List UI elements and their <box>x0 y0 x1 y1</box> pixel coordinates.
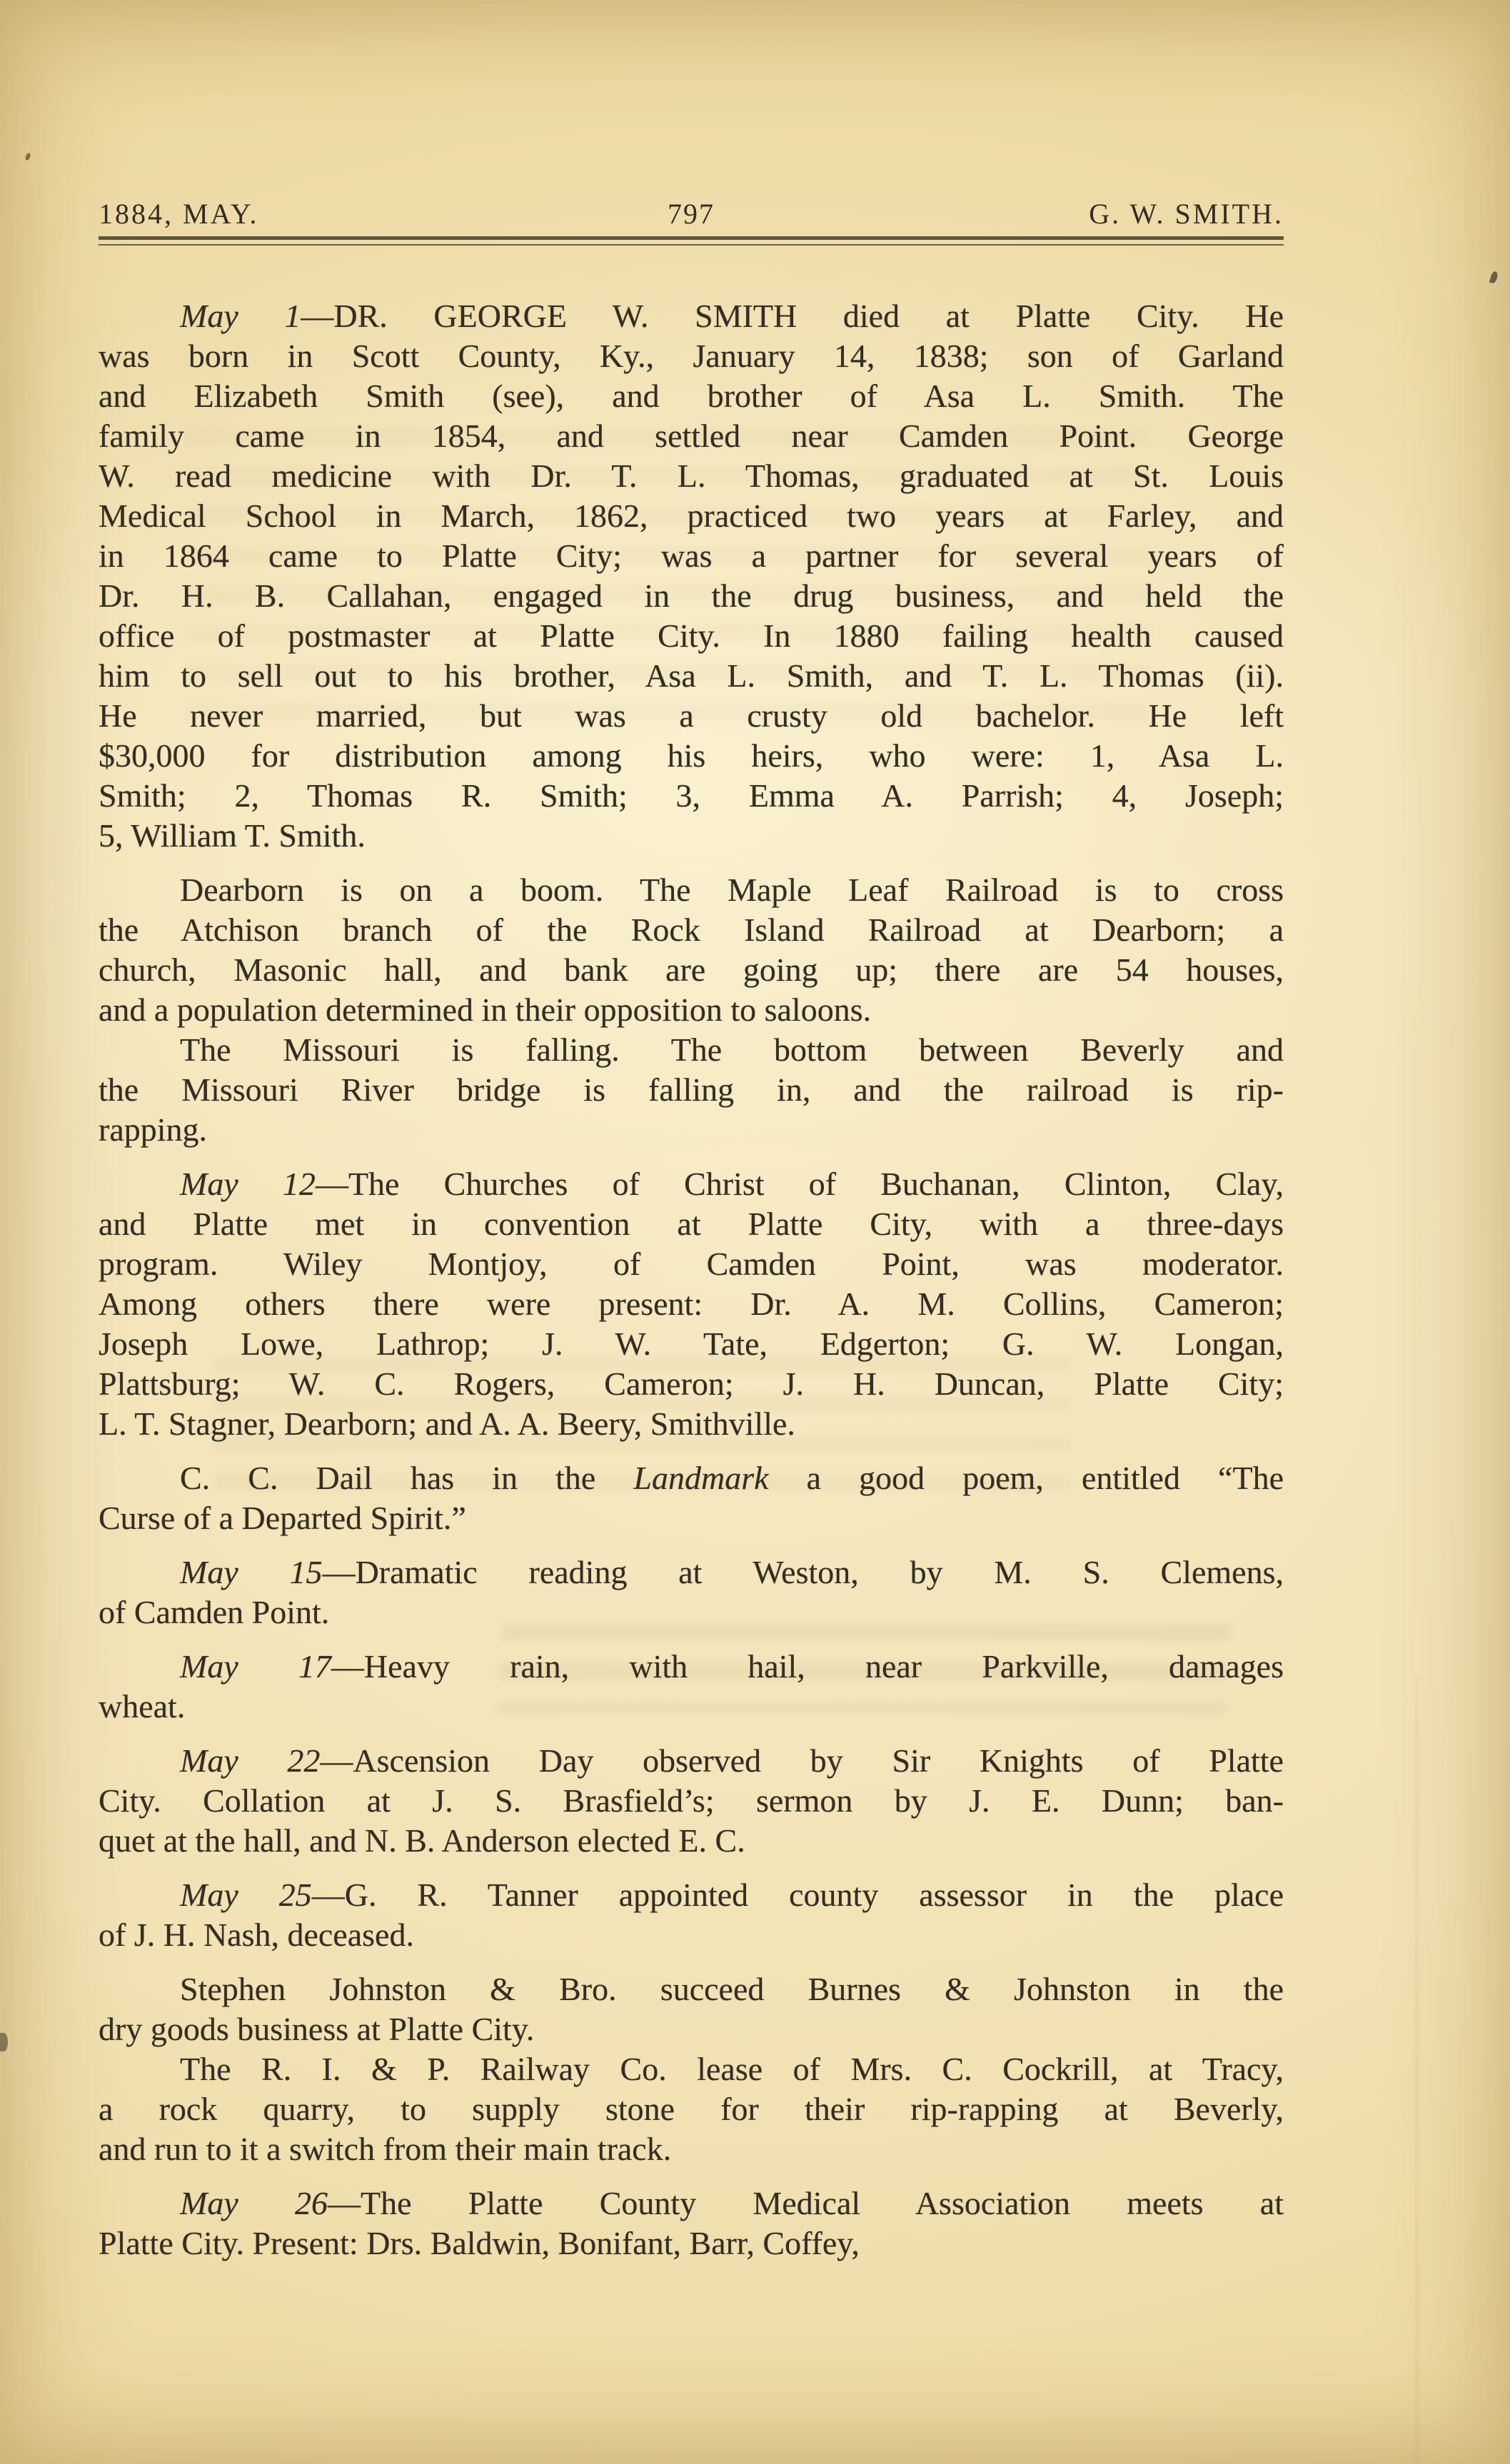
text-segment: dry goods business at Platte City. <box>99 2011 534 2047</box>
paragraph: May 1—DR. GEORGE W. SMITH died at Platte… <box>99 296 1284 856</box>
text-segment: —DR. GEORGE W. SMITH died at Platte City… <box>301 298 1284 334</box>
page-number: 797 <box>668 197 715 231</box>
text-line: May 12—The Churches of Christ of Buchana… <box>99 1164 1284 1204</box>
text-line: Dr. H. B. Callahan, engaged in the drug … <box>99 576 1284 616</box>
text-line: in 1864 came to Platte City; was a partn… <box>99 536 1284 576</box>
running-head-title: G. W. SMITH. <box>715 197 1284 231</box>
text-segment: and Platte met in convention at Platte C… <box>99 1206 1284 1242</box>
text-line: Medical School in March, 1862, practiced… <box>99 496 1284 536</box>
text-line: May 26—The Platte County Medical Associa… <box>99 2183 1284 2223</box>
text-segment: W. read medicine with Dr. T. L. Thomas, … <box>99 458 1284 494</box>
page-speck <box>0 2033 8 2051</box>
text-line: May 17—Heavy rain, with hail, near Parkv… <box>99 1647 1284 1687</box>
text-segment: The Missouri is falling. The bottom betw… <box>180 1031 1284 1068</box>
text-line: W. read medicine with Dr. T. L. Thomas, … <box>99 456 1284 496</box>
text-line: Platte City. Present: Drs. Baldwin, Boni… <box>99 2223 1284 2263</box>
text-line: Dearborn is on a boom. The Maple Leaf Ra… <box>99 870 1284 910</box>
text-segment: him to sell out to his brother, Asa L. S… <box>99 657 1284 694</box>
paragraph: May 22—Ascension Day observed by Sir Kni… <box>99 1741 1284 1861</box>
text-segment: Among others there were present: Dr. A. … <box>99 1286 1284 1322</box>
text-segment: the Missouri River bridge is falling in,… <box>99 1071 1284 1108</box>
text-segment: family came in 1854, and settled near Ca… <box>99 418 1284 454</box>
text-line: and run to it a switch from their main t… <box>99 2129 1284 2169</box>
text-segment: $30,000 for distribution among his heirs… <box>99 737 1284 774</box>
text-segment: in 1864 came to Platte City; was a partn… <box>99 537 1284 574</box>
text-segment: was born in Scott County, Ky., January 1… <box>99 338 1284 374</box>
text-line: City. Collation at J. S. Brasfield’s; se… <box>99 1781 1284 1821</box>
text-line: family came in 1854, and settled near Ca… <box>99 416 1284 456</box>
text-segment: rapping. <box>99 1111 207 1148</box>
text-line: of Camden Point. <box>99 1592 1284 1632</box>
text-segment: L. T. Stagner, Dearborn; and A. A. Beery… <box>99 1405 795 1442</box>
text-segment: program. Wiley Montjoy, of Camden Point,… <box>99 1246 1284 1282</box>
page-header: 1884, MAY. 797 G. W. SMITH. <box>99 197 1284 231</box>
text-line: Joseph Lowe, Lathrop; J. W. Tate, Edgert… <box>99 1324 1284 1364</box>
text-line: the Atchison branch of the Rock Island R… <box>99 910 1284 950</box>
text-line: $30,000 for distribution among his heirs… <box>99 736 1284 776</box>
header-rule <box>99 236 1284 246</box>
paragraph: The R. I. & P. Railway Co. lease of Mrs.… <box>99 2049 1284 2169</box>
text-line: Stephen Johnston & Bro. succeed Burnes &… <box>99 1969 1284 2009</box>
text-line: and Platte met in convention at Platte C… <box>99 1204 1284 1244</box>
page-crease <box>1416 1677 1418 2464</box>
italic-text: May 15 <box>180 1554 323 1590</box>
page-body: May 1—DR. GEORGE W. SMITH died at Platte… <box>99 296 1284 2263</box>
header-rule-thick <box>99 236 1284 240</box>
text-line: L. T. Stagner, Dearborn; and A. A. Beery… <box>99 1404 1284 1444</box>
text-line: C. C. Dail has in the Landmark a good po… <box>99 1458 1284 1498</box>
text-segment: a rock quarry, to supply stone for their… <box>99 2091 1284 2127</box>
italic-text: May 26 <box>180 2185 328 2221</box>
text-segment: The R. I. & P. Railway Co. lease of Mrs.… <box>180 2051 1284 2087</box>
text-segment: Dr. H. B. Callahan, engaged in the drug … <box>99 577 1284 614</box>
text-segment: a good poem, entitled “The <box>769 1460 1284 1496</box>
header-rule-thin <box>99 244 1284 246</box>
paragraph: May 25—G. R. Tanner appointed county ass… <box>99 1875 1284 1955</box>
text-segment: the Atchison branch of the Rock Island R… <box>99 912 1284 948</box>
text-segment: —The Platte County Medical Association m… <box>328 2185 1284 2221</box>
paragraph: May 12—The Churches of Christ of Buchana… <box>99 1164 1284 1444</box>
text-line: a rock quarry, to supply stone for their… <box>99 2089 1284 2129</box>
page-content: 1884, MAY. 797 G. W. SMITH. May 1—DR. GE… <box>99 0 1284 2464</box>
text-segment: Joseph Lowe, Lathrop; J. W. Tate, Edgert… <box>99 1326 1284 1362</box>
paragraph: May 15—Dramatic reading at Weston, by M.… <box>99 1552 1284 1632</box>
text-line: May 22—Ascension Day observed by Sir Kni… <box>99 1741 1284 1781</box>
text-segment: He never married, but was a crusty old b… <box>99 697 1284 734</box>
italic-text: May 22 <box>180 1742 320 1779</box>
text-segment: —G. R. Tanner appointed county assessor … <box>312 1877 1284 1913</box>
text-segment: City. Collation at J. S. Brasfield’s; se… <box>99 1782 1284 1819</box>
text-line: He never married, but was a crusty old b… <box>99 696 1284 736</box>
text-segment: and a population determined in their opp… <box>99 991 871 1028</box>
text-segment: and run to it a switch from their main t… <box>99 2131 671 2167</box>
text-segment: of J. H. Nash, deceased. <box>99 1917 414 1953</box>
text-segment: office of postmaster at Platte City. In … <box>99 617 1284 654</box>
text-segment: —The Churches of Christ of Buchanan, Cli… <box>316 1166 1284 1202</box>
text-line: and a population determined in their opp… <box>99 990 1284 1030</box>
text-segment: quet at the hall, and N. B. Anderson ele… <box>99 1822 745 1859</box>
text-line: May 25—G. R. Tanner appointed county ass… <box>99 1875 1284 1915</box>
italic-text: May 12 <box>180 1166 316 1202</box>
text-line: Plattsburg; W. C. Rogers, Cameron; J. H.… <box>99 1364 1284 1404</box>
text-line: Curse of a Departed Spirit.” <box>99 1498 1284 1538</box>
text-segment: Platte City. Present: Drs. Baldwin, Boni… <box>99 2225 860 2261</box>
paragraph: May 26—The Platte County Medical Associa… <box>99 2183 1284 2263</box>
text-segment: of Camden Point. <box>99 1594 329 1630</box>
paragraph: Dearborn is on a boom. The Maple Leaf Ra… <box>99 870 1284 1030</box>
text-line: of J. H. Nash, deceased. <box>99 1915 1284 1955</box>
text-segment: and Elizabeth Smith (see), and brother o… <box>99 378 1284 414</box>
text-line: wheat. <box>99 1687 1284 1727</box>
text-segment: Plattsburg; W. C. Rogers, Cameron; J. H.… <box>99 1365 1284 1402</box>
text-line: dry goods business at Platte City. <box>99 2009 1284 2049</box>
text-line: church, Masonic hall, and bank are going… <box>99 950 1284 990</box>
text-segment: C. C. Dail has in the <box>180 1460 633 1496</box>
text-line: The Missouri is falling. The bottom betw… <box>99 1030 1284 1070</box>
text-segment: —Heavy rain, with hail, near Parkville, … <box>331 1648 1284 1685</box>
text-line: the Missouri River bridge is falling in,… <box>99 1070 1284 1110</box>
italic-text: May 25 <box>180 1877 312 1913</box>
text-line: quet at the hall, and N. B. Anderson ele… <box>99 1821 1284 1861</box>
italic-text: May 17 <box>180 1648 331 1685</box>
page-speck <box>1489 271 1499 284</box>
text-line: was born in Scott County, Ky., January 1… <box>99 336 1284 376</box>
text-segment: Medical School in March, 1862, practiced… <box>99 498 1284 534</box>
paragraph: C. C. Dail has in the Landmark a good po… <box>99 1458 1284 1538</box>
text-line: program. Wiley Montjoy, of Camden Point,… <box>99 1244 1284 1284</box>
paragraph: The Missouri is falling. The bottom betw… <box>99 1030 1284 1150</box>
text-line: and Elizabeth Smith (see), and brother o… <box>99 376 1284 416</box>
text-line: him to sell out to his brother, Asa L. S… <box>99 656 1284 696</box>
text-line: office of postmaster at Platte City. In … <box>99 616 1284 656</box>
text-line: May 15—Dramatic reading at Weston, by M.… <box>99 1552 1284 1592</box>
text-line: 5, William T. Smith. <box>99 816 1284 856</box>
text-segment: Curse of a Departed Spirit.” <box>99 1500 466 1536</box>
text-line: May 1—DR. GEORGE W. SMITH died at Platte… <box>99 296 1284 336</box>
text-line: The R. I. & P. Railway Co. lease of Mrs.… <box>99 2049 1284 2089</box>
text-line: Smith; 2, Thomas R. Smith; 3, Emma A. Pa… <box>99 776 1284 816</box>
text-segment: —Dramatic reading at Weston, by M. S. Cl… <box>323 1554 1284 1590</box>
text-segment: 5, William T. Smith. <box>99 817 366 854</box>
text-segment: wheat. <box>99 1688 185 1725</box>
text-line: rapping. <box>99 1110 1284 1150</box>
text-segment: church, Masonic hall, and bank are going… <box>99 951 1284 988</box>
paragraph: Stephen Johnston & Bro. succeed Burnes &… <box>99 1969 1284 2049</box>
text-line: Among others there were present: Dr. A. … <box>99 1284 1284 1324</box>
page: 1884, MAY. 797 G. W. SMITH. May 1—DR. GE… <box>0 0 1510 2464</box>
italic-text: Landmark <box>633 1460 768 1496</box>
text-segment: Dearborn is on a boom. The Maple Leaf Ra… <box>180 872 1284 908</box>
page-speck <box>24 152 31 161</box>
running-head-date: 1884, MAY. <box>99 197 668 231</box>
text-segment: Stephen Johnston & Bro. succeed Burnes &… <box>180 1971 1284 2007</box>
italic-text: May 1 <box>180 298 301 334</box>
text-segment: —Ascension Day observed by Sir Knights o… <box>320 1742 1284 1779</box>
text-segment: Smith; 2, Thomas R. Smith; 3, Emma A. Pa… <box>99 777 1284 814</box>
paragraph: May 17—Heavy rain, with hail, near Parkv… <box>99 1647 1284 1727</box>
